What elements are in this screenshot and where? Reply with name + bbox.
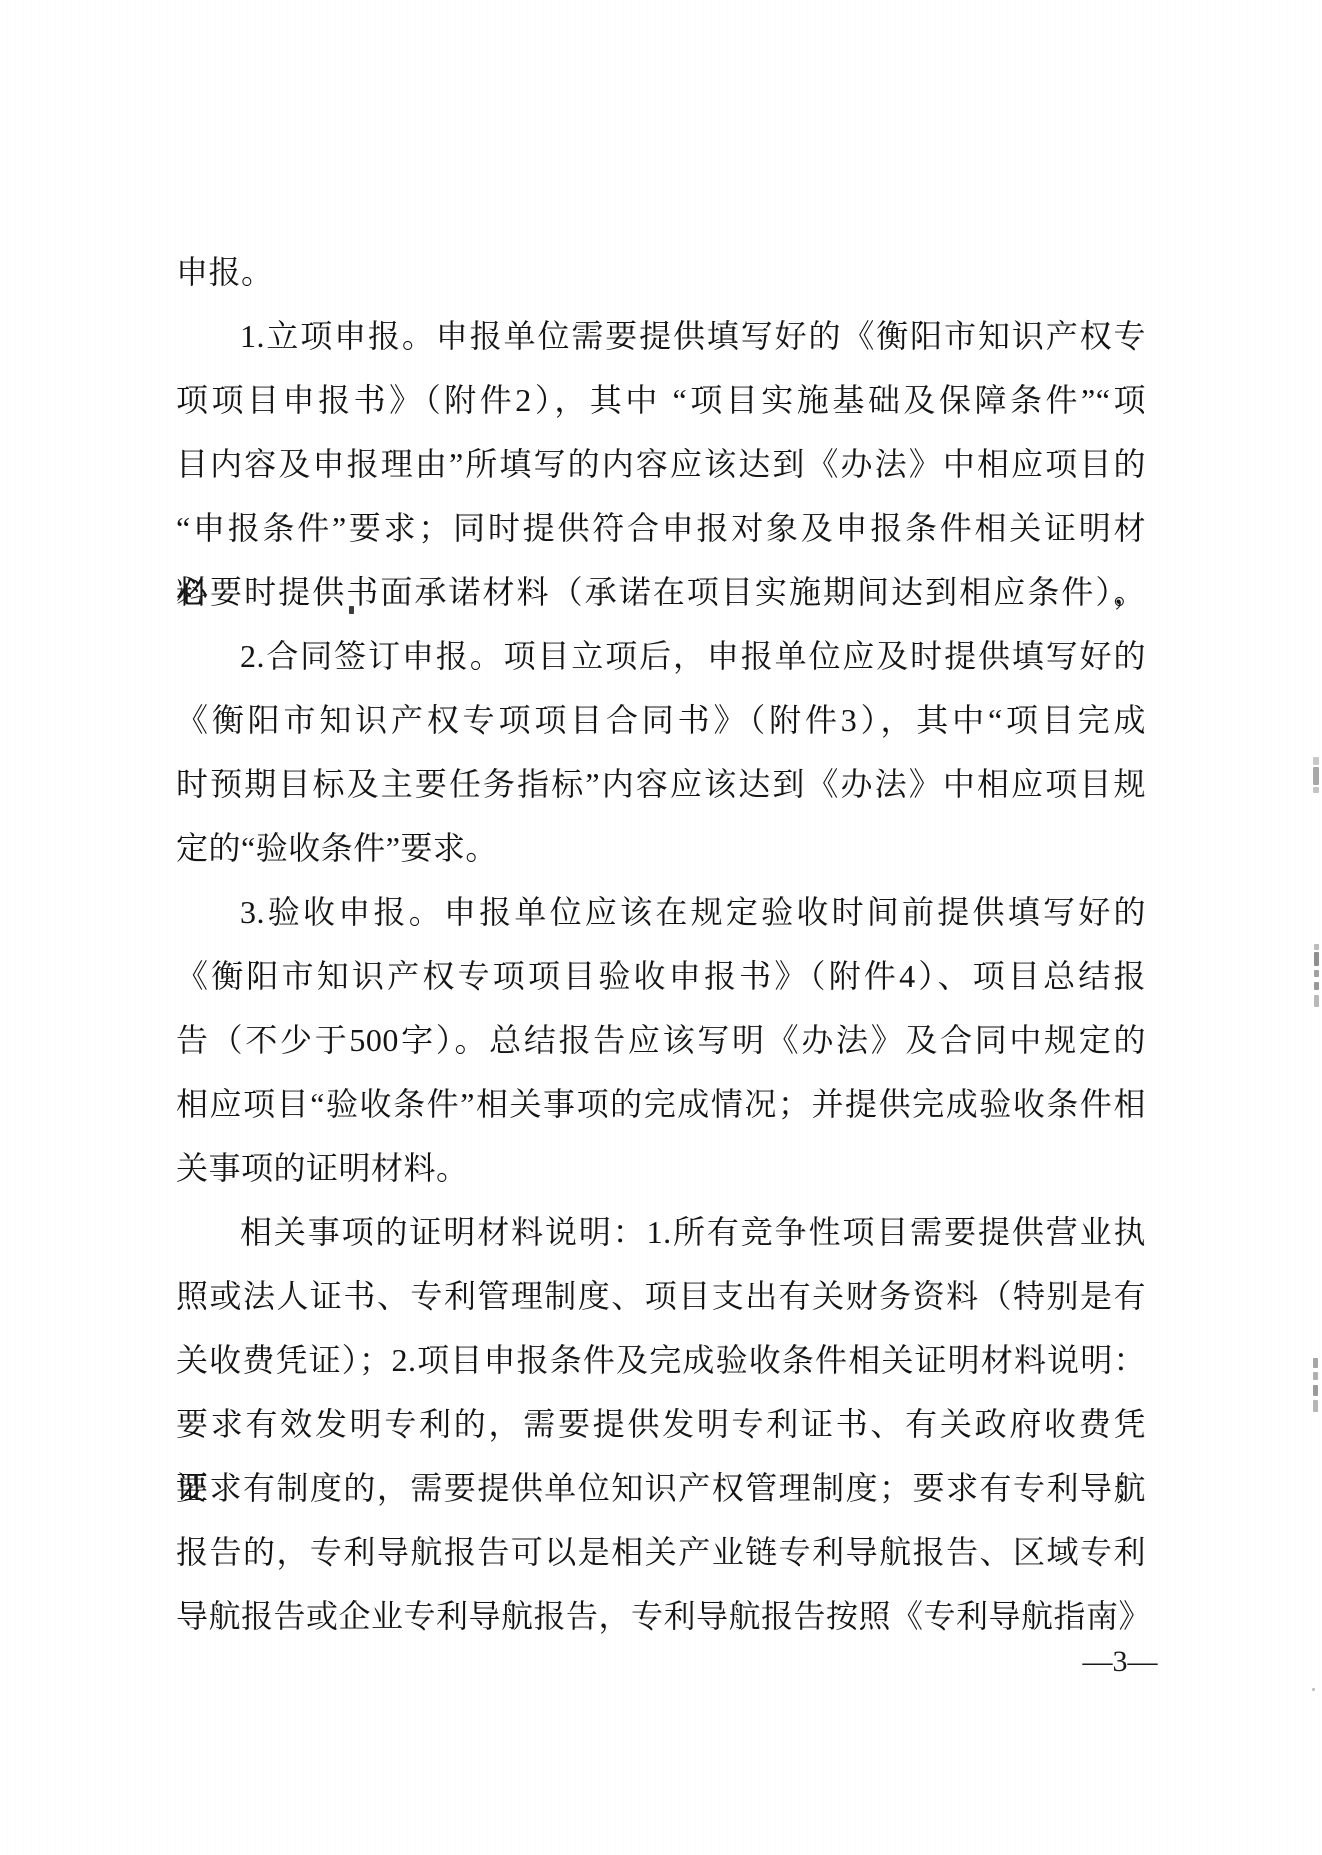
scan-speck [1313, 1358, 1318, 1368]
text-line: 必要时提供书面承诺材料（承诺在项目实施期间达到相应条件）。 [176, 560, 1146, 624]
scan-speck [1313, 1372, 1318, 1380]
scan-speck [1313, 1400, 1318, 1412]
text-line: 导航报告或企业专利导航报告，专利导航报告按照《专利导航指南》 [176, 1584, 1146, 1648]
scan-speck [1313, 767, 1319, 785]
text-line: 要求有制度的，需要提供单位知识产权管理制度；要求有专利导航 [176, 1456, 1146, 1520]
text-line: 报告的，专利导航报告可以是相关产业链专利导航报告、区域专利 [176, 1520, 1146, 1584]
scan-speck [1314, 970, 1319, 977]
text-line: 照或法人证书、专利管理制度、项目支出有关财务资料（特别是有 [176, 1264, 1146, 1328]
text-line: 告（不少于500字）。总结报告应该写明《办法》及合同中规定的 [176, 1008, 1146, 1072]
text-line: “申报条件”要求；同时提供符合申报对象及申报条件相关证明材料， [176, 496, 1146, 560]
text-line: 相关事项的证明材料说明：1.所有竞争性项目需要提供营业执 [176, 1200, 1146, 1264]
scan-speck [1312, 1688, 1315, 1691]
scan-speck [1313, 787, 1319, 793]
text-line: 定的“验收条件”要求。 [176, 816, 1146, 880]
scan-speck [1314, 952, 1319, 966]
text-line: 项项目申报书》（附件2），其中 “项目实施基础及保障条件”“项 [176, 368, 1146, 432]
text-line: 相应项目“验收条件”相关事项的完成情况；并提供完成验收条件相 [176, 1072, 1146, 1136]
scan-speck [1314, 995, 1319, 1007]
scan-speck [1314, 982, 1319, 990]
scan-speck [1313, 1385, 1318, 1396]
text-line: 关事项的证明材料。 [176, 1136, 1146, 1200]
document-page: 申报。1.立项申报。申报单位需要提供填写好的《衡阳市知识产权专项项目申报书》（附… [0, 0, 1322, 1855]
scan-speck [349, 606, 354, 614]
text-line: 《衡阳市知识产权专项项目验收申报书》（附件4）、项目总结报 [176, 944, 1146, 1008]
scan-speck [1314, 944, 1319, 950]
page-number: —3— [1078, 1642, 1162, 1682]
text-line: 关收费凭证）；2.项目申报条件及完成验收条件相关证明材料说明： [176, 1328, 1146, 1392]
text-line: 1.立项申报。申报单位需要提供填写好的《衡阳市知识产权专 [176, 304, 1146, 368]
text-line: 时预期目标及主要任务指标”内容应该达到《办法》中相应项目规 [176, 752, 1146, 816]
scan-speck [1313, 757, 1319, 765]
text-line: 3.验收申报。申报单位应该在规定验收时间前提供填写好的 [176, 880, 1146, 944]
text-line: 申报。 [176, 240, 1146, 304]
text-line: 目内容及申报理由”所填写的内容应该达到《办法》中相应项目的 [176, 432, 1146, 496]
document-body: 申报。1.立项申报。申报单位需要提供填写好的《衡阳市知识产权专项项目申报书》（附… [176, 240, 1146, 1648]
text-line: 要求有效发明专利的，需要提供发明专利证书、有关政府收费凭证； [176, 1392, 1146, 1456]
text-line: 《衡阳市知识产权专项项目合同书》（附件3），其中“项目完成 [176, 688, 1146, 752]
text-line: 2.合同签订申报。项目立项后，申报单位应及时提供填写好的 [176, 624, 1146, 688]
